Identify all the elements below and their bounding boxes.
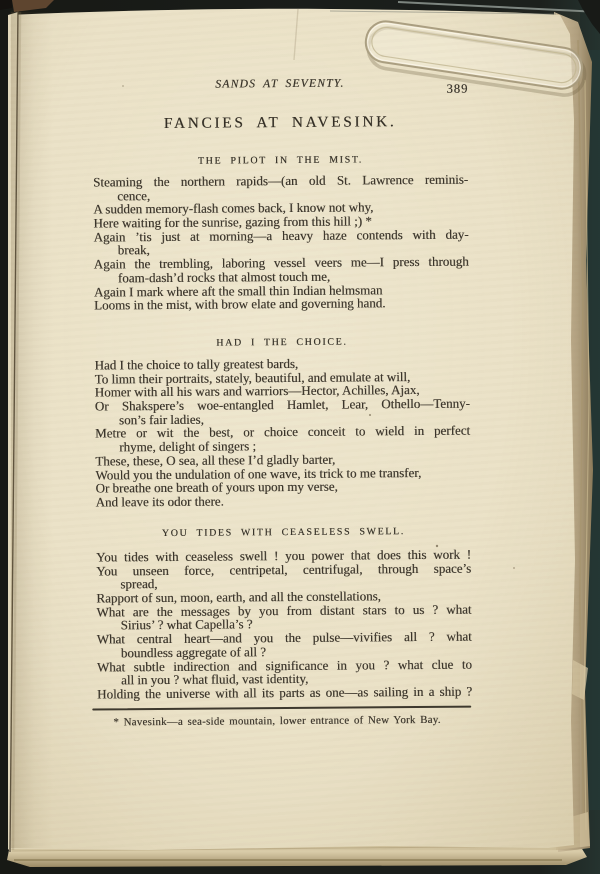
poem-section-heading: HAD I THE CHOICE. (94, 336, 469, 350)
page-title: FANCIES AT NAVESINK. (93, 113, 468, 134)
footnote: * Navesink—a sea-side mountain, lower en… (97, 714, 472, 729)
verse-line: Steaming the northern rapids—(an old St.… (93, 173, 468, 190)
verse-line: Holding the universe with all its parts … (97, 684, 472, 701)
poem-section: YOU TIDES WITH CEASELESS SWELL. You tide… (96, 526, 472, 702)
poem-section-lines: You tides with ceaseless swell ! you pow… (96, 548, 472, 702)
running-head: SANDS AT SEVENTY. (92, 76, 467, 92)
poem-section: HAD I THE CHOICE. Had I the choice to ta… (94, 336, 470, 510)
poem-section-lines: Steaming the northern rapids—(an old St.… (93, 173, 469, 313)
verse-line: Looms in the mist, with brow elate and g… (94, 296, 469, 313)
footnote-rule (92, 706, 471, 711)
verse-line: Or Shakspere’s woe-entangled Hamlet, Lea… (95, 397, 470, 414)
poem-section: THE PILOT IN THE MIST. Steaming the nort… (93, 154, 469, 313)
page-number: 389 (427, 81, 487, 96)
verse-line: You unseen force, centripetal, centrifug… (96, 561, 471, 578)
poem-section-heading: THE PILOT IN THE MIST. (93, 154, 468, 168)
verse-line: And leave its odor there. (96, 492, 471, 509)
poem-section-lines: Had I the choice to tally greatest bards… (95, 356, 471, 510)
verse-line: Again ’tis just at morning—a heavy haze … (94, 227, 469, 244)
book-scan-page: SANDS AT SEVENTY. 389 FANCIES AT NAVESIN… (0, 0, 600, 874)
verse-line: What are the messages by you from distan… (96, 602, 471, 619)
printed-text-layer: SANDS AT SEVENTY. 389 FANCIES AT NAVESIN… (0, 0, 600, 874)
poem-section-heading: YOU TIDES WITH CEASELESS SWELL. (96, 526, 471, 540)
verse-line: What central heart—and you the pulse—viv… (97, 630, 472, 647)
